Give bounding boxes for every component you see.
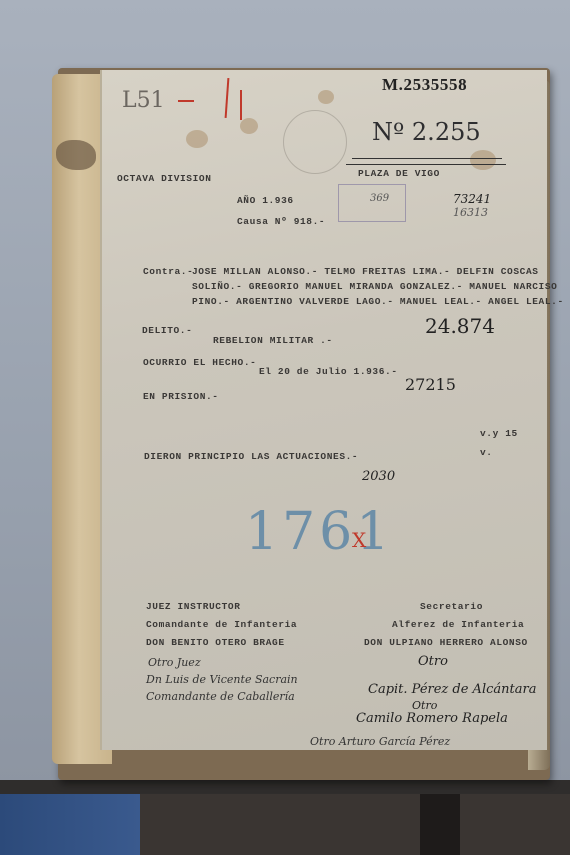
plaza-label: PLAZA DE VIGO: [358, 168, 440, 179]
folio-mark-2: v.: [480, 447, 493, 458]
judge-note-2: Dn Luis de Vicente Sacrain: [146, 673, 298, 686]
judge-note-3: Comandante de Caballería: [146, 690, 295, 703]
blue-cloth: [0, 794, 140, 855]
crime-side-number: 24.874: [425, 314, 495, 338]
crime-label: DELITO.-: [142, 325, 192, 336]
judge-rank: Comandante de Infanteria: [146, 619, 297, 630]
occurrence-label: OCURRIO EL HECHO.-: [143, 357, 256, 368]
status-label: EN PRISION.-: [143, 391, 219, 402]
folio-mark-1: v.y 15: [480, 428, 518, 439]
stain: [318, 90, 334, 104]
accused-line-1: JOSE MILLAN ALONSO.- TELMO FREITAS LIMA.…: [192, 266, 539, 277]
embossed-seal: [283, 110, 347, 174]
stain: [186, 130, 208, 148]
stain: [240, 118, 258, 134]
shelf-edge: [0, 780, 570, 794]
division-label: OCTAVA DIVISION: [117, 173, 212, 184]
table-gap: [420, 794, 460, 855]
year-label: AÑO 1.936: [237, 195, 294, 206]
case-number: Causa Nº 918.-: [237, 216, 325, 227]
judge-name: DON BENITO OTERO BRAGE: [146, 637, 285, 648]
archive-stamp-number: M.2535558: [382, 75, 467, 95]
accused-label: Contra.-: [143, 266, 193, 277]
accused-line-3: PINO.- ARGENTINO VALVERDE LAGO.- MANUEL …: [192, 296, 564, 307]
spine-tear: [56, 140, 96, 170]
stain: [470, 150, 496, 170]
prison-side-number: 27215: [405, 375, 456, 394]
proceedings-label: DIERON PRINCIPIO LAS ACTUACIONES.-: [144, 451, 358, 462]
secretary-note-1: Otro: [418, 654, 448, 669]
underline: [346, 164, 506, 165]
red-mark: [178, 100, 194, 102]
accused-line-2: SOLIÑO.- GREGORIO MANUEL MIRANDA GONZALE…: [192, 281, 557, 292]
red-mark: [240, 90, 242, 120]
side-number-2: 16313: [453, 206, 488, 219]
crime-value: REBELION MILITAR .-: [213, 335, 333, 346]
occurrence-date: El 20 de Julio 1.936.-: [259, 366, 398, 377]
secretary-rank: Alferez de Infanteria: [392, 619, 524, 630]
secretary-note-5: Otro Arturo García Pérez: [310, 735, 450, 748]
secretary-note-2: Capit. Pérez de Alcántara: [368, 682, 536, 697]
secretary-title: Secretario: [420, 601, 483, 612]
mid-number: 2030: [362, 469, 395, 484]
judge-note-1: Otro Juez: [148, 656, 201, 669]
red-x-mark: X: [352, 528, 366, 552]
handwritten-case-number: Nº 2.255: [372, 118, 481, 146]
secretary-name: DON ULPIANO HERRERO ALONSO: [364, 637, 528, 648]
secretary-note-4: Camilo Romero Rapela: [356, 711, 508, 726]
side-number-1: 73241: [453, 192, 491, 206]
stamp-box-number: 369: [370, 193, 389, 204]
underline: [352, 158, 502, 159]
judge-title: JUEZ INSTRUCTOR: [146, 601, 241, 612]
top-left-mark: L51: [122, 88, 165, 113]
large-blue-number: 1761: [245, 502, 393, 562]
